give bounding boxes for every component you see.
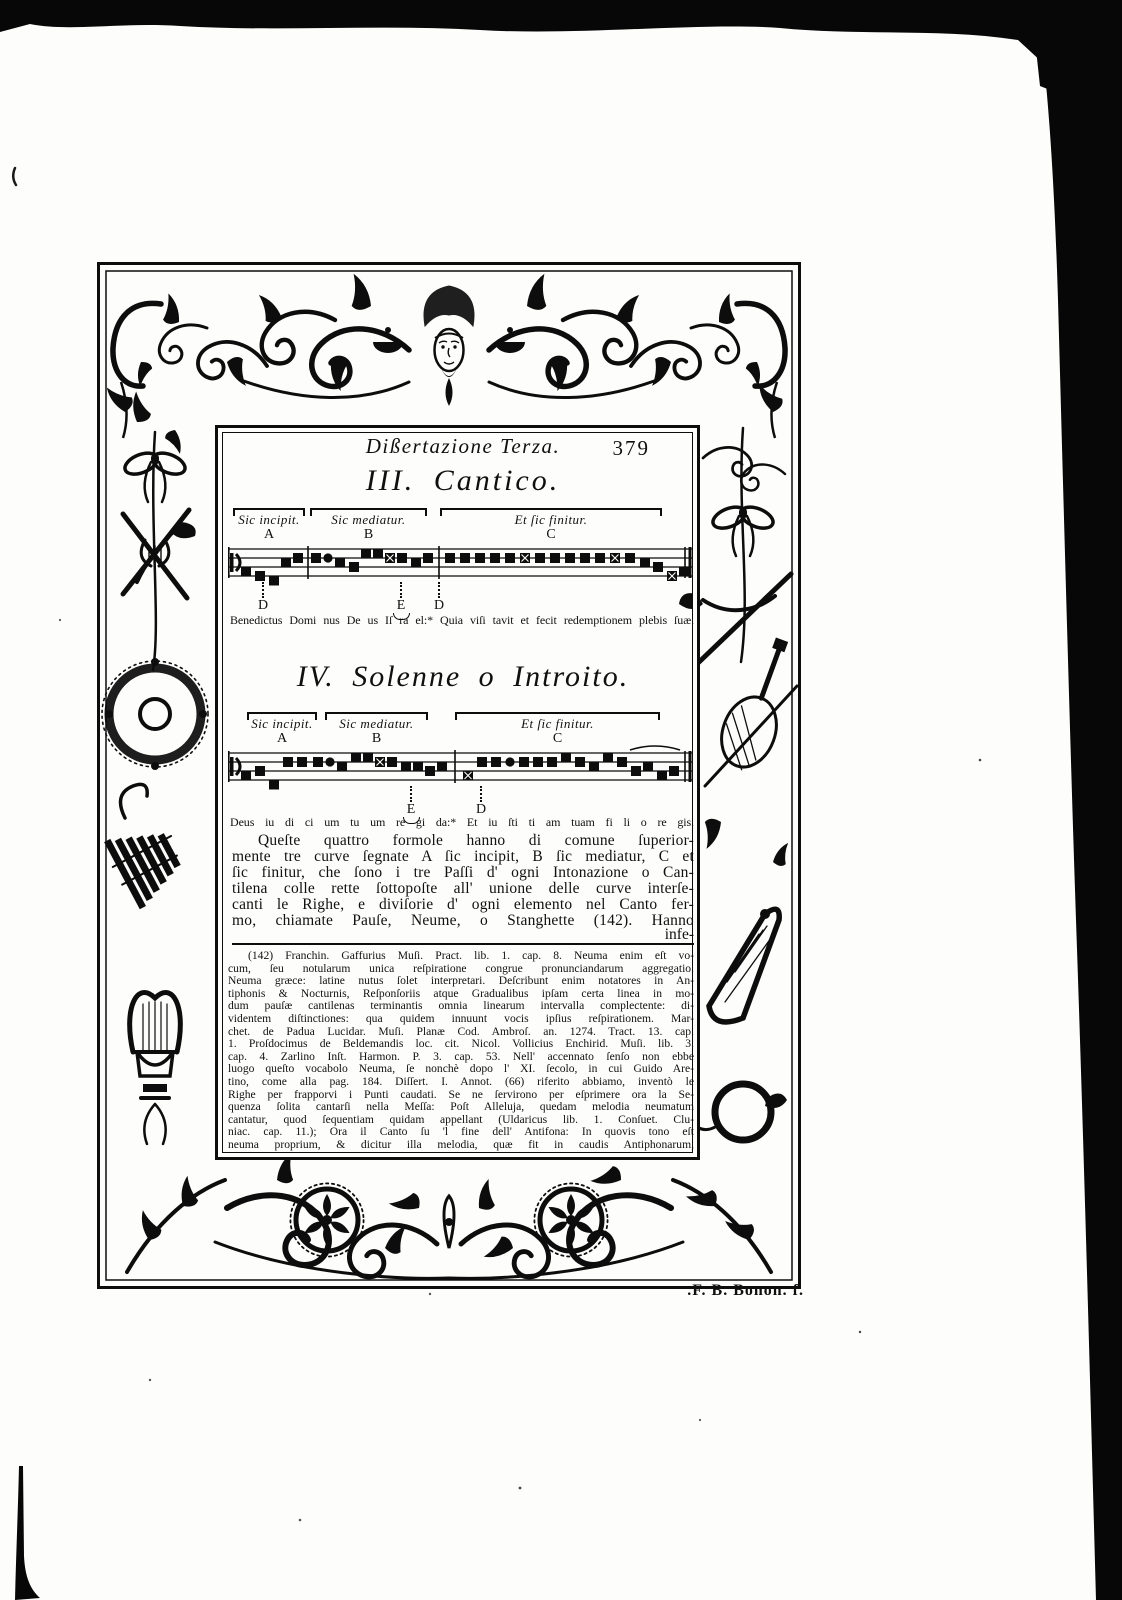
- paragraph-line: tilena colle rette ſottopoſte all' union…: [232, 881, 694, 897]
- chant-staff-cantico: [228, 540, 692, 586]
- dotted-guide-line: [410, 786, 412, 802]
- footnote-line: 1. Proſdocimus de Beldemandis loc. cit. …: [228, 1038, 694, 1051]
- engraver-signature: .F. B. Bonon. f.: [636, 1282, 804, 1300]
- footnote-line: Neuma græce: latine nutus ſolet interpre…: [228, 975, 694, 988]
- bracket-sic-incipit-1: Sic incipit. A: [233, 508, 305, 541]
- bracket-et-sic-finitur-1: Et ſic finitur. C: [440, 508, 662, 541]
- body-paragraph: Queſte quattro formole hanno di comune ſ…: [232, 833, 694, 928]
- pitch-marker: D: [470, 786, 492, 817]
- footnote-line: neuma proprium, & dicitur illa melodia, …: [228, 1139, 694, 1152]
- footnote-142: (142) Franchin. Gaffurius Muſi. Pract. l…: [228, 950, 694, 1152]
- running-header: Dißertazione Terza. 379: [232, 434, 694, 460]
- bracket-sic-mediatur-2: Sic mediatur. B: [325, 712, 428, 745]
- chant-lyrics-deus: Deus iu di ci um tu um re gi da:* Et iu …: [230, 815, 694, 830]
- mask-face-ornament: [424, 286, 474, 406]
- footnote-line: (142) Franchin. Gaffurius Muſi. Pract. l…: [228, 950, 694, 963]
- header-title: Dißertazione Terza.: [366, 434, 561, 458]
- left-trophy-ornament: [101, 391, 208, 1144]
- paragraph-line: canti le Righe, e diviſorie d' ogni elem…: [232, 897, 694, 913]
- catchword: infe-: [232, 926, 694, 944]
- section-title-cantico: III. Cantico.: [232, 464, 694, 498]
- paragraph-line: ſic finitur, che ſono i tre Paſſi d' ogn…: [232, 865, 694, 881]
- scan-edge-artifacts: [0, 0, 1122, 1600]
- dotted-guide-line: [438, 582, 440, 598]
- dotted-guide-line: [262, 582, 264, 598]
- bottom-garland-ornament: [127, 1153, 771, 1278]
- footnote-line: tino, come alla pag. 184. Diſſert. I. An…: [228, 1076, 694, 1089]
- dotted-guide-line: [480, 786, 482, 802]
- chant-staff-introito: [228, 744, 692, 790]
- bracket-et-sic-finitur-2: Et ſic finitur. C: [455, 712, 660, 745]
- pitch-marker: D: [428, 582, 450, 613]
- scanned-book-page: Dißertazione Terza. 379 III. Cantico. Si…: [0, 0, 1122, 1600]
- section-title-introito: IV. Solenne o Introito.: [232, 660, 694, 694]
- footnote-line: videntem diſtinctiones: qua quidem innuu…: [228, 1013, 694, 1026]
- paragraph-line: mente tre curve ſegnate A ſic incipit, B…: [232, 849, 694, 865]
- page-number: 379: [613, 436, 651, 461]
- pitch-marker: D: [252, 582, 274, 613]
- paragraph-line: Queſte quattro formole hanno di comune ſ…: [232, 833, 694, 849]
- dotted-guide-line: [400, 582, 402, 598]
- right-trophy-ornament: [679, 428, 801, 1140]
- bracket-sic-incipit-2: Sic incipit. A: [247, 712, 317, 745]
- footnote-line: quenza ſolita cantarſi nella Meſſa: Poſt…: [228, 1101, 694, 1114]
- bracket-sic-mediatur-1: Sic mediatur. B: [310, 508, 427, 541]
- chant-lyrics-benedictus: Benedictus Domi nus De us Iſ ra el:* Qui…: [230, 613, 694, 628]
